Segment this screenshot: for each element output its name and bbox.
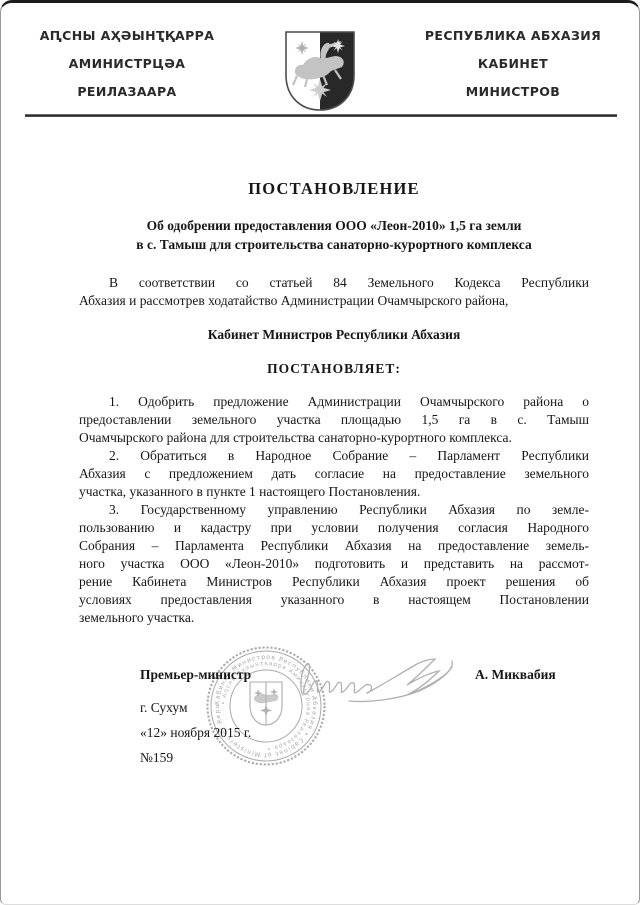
text-line: условиях предоставления указанного в нас…	[79, 591, 589, 609]
letterhead-divider	[25, 114, 617, 117]
text-line: Собрания – Парламента Республики Абхазия…	[79, 537, 589, 555]
text-line: 2. Обратиться в Народное Собрание – Парл…	[79, 447, 589, 465]
authority-line: Кабинет Министров Республики Абхазия	[79, 326, 589, 344]
letterhead: АԤСНЫ АҲӘЫНҬҚАРРА АМИНИСТРЦӘА РЕИЛАЗААРА	[1, 3, 639, 113]
text-line: пользованию и кадастру при условии получ…	[79, 519, 589, 537]
text-line: Абхазия и рассмотрев ходатайство Админис…	[79, 292, 589, 310]
org-name-russian: РЕСПУБЛИКА АБХАЗИЯ КАБИНЕТ МИНИСТРОВ	[387, 29, 639, 113]
issue-city: г. Сухум	[140, 700, 188, 716]
signer-name: А. Миквабия	[475, 667, 556, 683]
org-line: РЕСПУБЛИКА АБХАЗИЯ	[387, 29, 639, 43]
text-line: земельного участка.	[79, 609, 589, 627]
decree-document-page: АԤСНЫ АҲӘЫНҬҚАРРА АМИНИСТРЦӘА РЕИЛАЗААРА	[0, 0, 640, 905]
decree-item-2: 2. Обратиться в Народное Собрание – Парл…	[79, 447, 589, 501]
emblem-container	[253, 29, 387, 113]
handwritten-signature-icon	[289, 649, 474, 711]
text-line: Очамчырского района для строительства са…	[79, 429, 589, 447]
text-line: Абхазия с предложением дать согласие на …	[79, 465, 589, 483]
signature-block: Кабинет Министров Республики Абхазия • C…	[1, 641, 640, 905]
text-line: 3. Государственному управлению Республик…	[79, 501, 589, 519]
text-line: ного участка ООО «Леон-2010» подготовить…	[79, 555, 589, 573]
resolves-line: ПОСТАНОВЛЯЕТ:	[79, 360, 589, 378]
org-line: КАБИНЕТ	[387, 57, 639, 71]
text-line: предоставлении земельного участка площад…	[79, 411, 589, 429]
decree-item-1: 1. Одобрить предложение Администрации Оч…	[79, 393, 589, 447]
signer-position: Премьер-министр	[140, 667, 251, 683]
org-line: АԤСНЫ АҲӘЫНҬҚАРРА	[1, 29, 253, 43]
issue-date: «12» ноября 2015 г.	[140, 725, 251, 741]
org-line: АМИНИСТРЦӘА	[1, 57, 253, 71]
document-subject: Об одобрении предоставления ООО «Леон-20…	[79, 216, 589, 254]
decree-number: №159	[140, 750, 173, 766]
text-line: В соответствии со статьей 84 Земельного …	[79, 274, 589, 292]
preamble-paragraph: В соответствии со статьей 84 Земельного …	[79, 274, 589, 310]
subject-line: в с. Тамыш для строительства санаторно-к…	[79, 235, 589, 254]
document-body: ПОСТАНОВЛЕНИЕ Об одобрении предоставлени…	[79, 179, 589, 627]
org-name-abkhaz: АԤСНЫ АҲӘЫНҬҚАРРА АМИНИСТРЦӘА РЕИЛАЗААРА	[1, 29, 253, 113]
decree-items: 1. Одобрить предложение Администрации Оч…	[79, 393, 589, 627]
text-line: 1. Одобрить предложение Администрации Оч…	[79, 393, 589, 411]
coat-of-arms-icon	[283, 29, 357, 113]
document-title: ПОСТАНОВЛЕНИЕ	[79, 179, 589, 199]
org-line: РЕИЛАЗААРА	[1, 85, 253, 99]
text-line: участка, указанного в пункте 1 настоящег…	[79, 483, 589, 501]
text-line: рение Кабинета Министров Республики Абха…	[79, 573, 589, 591]
subject-line: Об одобрении предоставления ООО «Леон-20…	[79, 216, 589, 235]
org-line: МИНИСТРОВ	[387, 85, 639, 99]
decree-item-3: 3. Государственному управлению Республик…	[79, 501, 589, 627]
